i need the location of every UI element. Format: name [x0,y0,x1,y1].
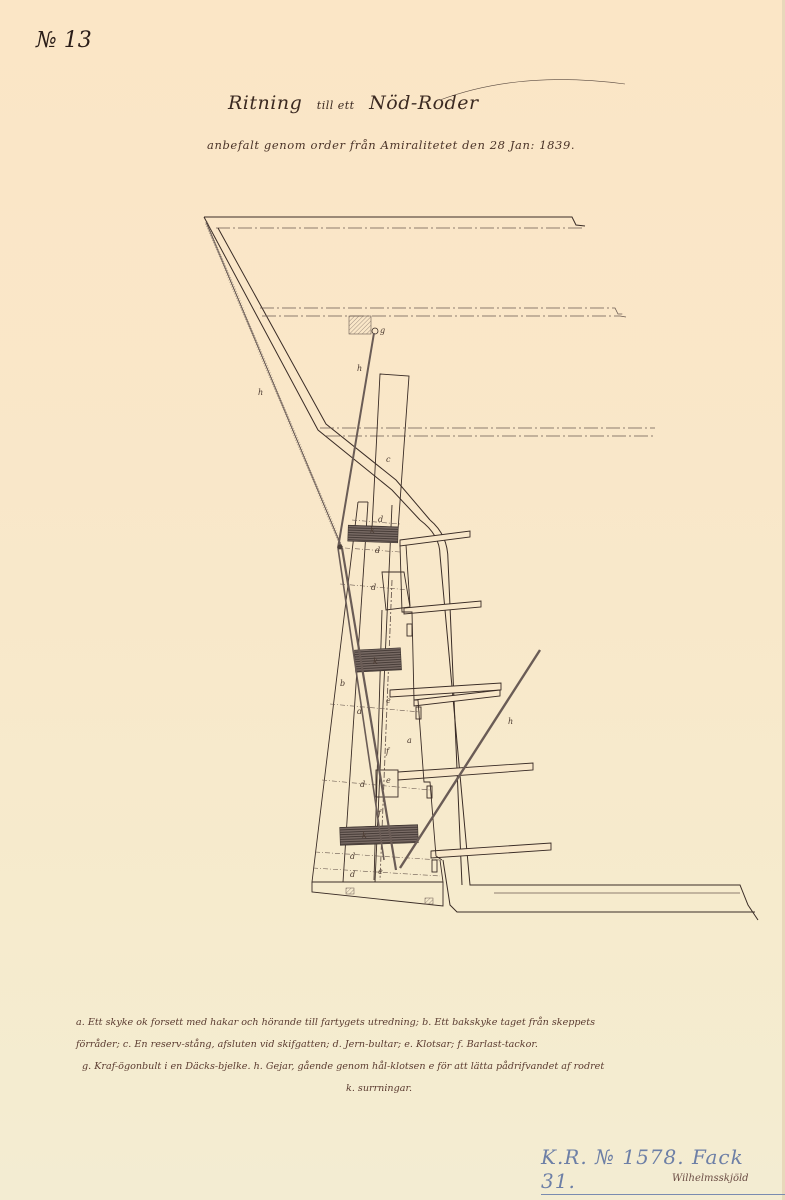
label-e-2: e [386,776,391,785]
signature: Wilhelmsskjöld [672,1173,749,1184]
legend-line-3: g. Kraf-ögonbult i en Däcks-bjelke. h. G… [76,1056,785,1078]
rope-h-right [400,650,540,868]
label-d-1: d [378,515,383,524]
legend-line-4: k. surrningar. [76,1078,785,1100]
label-k-3: k [362,831,367,840]
label-d-7: d [350,870,355,879]
legend-line-1: a. Ett skyke ok forsett med hakar och hö… [76,1012,785,1034]
stern-outline [204,217,758,920]
label-d-2: d [375,546,380,555]
label-b: b [340,679,345,688]
label-a: a [407,736,412,745]
iron-bolts-d [313,520,440,876]
label-d-3: d [371,583,376,592]
label-c: c [386,455,391,464]
label-h-1: h [258,388,263,397]
label-k-2: k [373,657,378,666]
legend-line-2: förråder; c. En reserv-stång, afsluten v… [76,1034,785,1056]
label-d-5: d [360,780,365,789]
label-h-3: h [508,717,513,726]
rope-crossing [338,545,343,550]
eyebolt-g [372,328,378,334]
label-g: g [380,326,385,335]
deck-beam [349,316,371,334]
legend-key: a. Ett skyke ok forsett med hakar och hö… [76,1012,785,1100]
label-k-1: k [370,526,375,535]
archive-reference: K.R. № 1578. Fack 31. [541,1145,785,1195]
label-h-2: h [357,364,362,373]
label-e-3: e [378,867,383,876]
label-d-6: d [350,852,355,861]
spare-spar-c [372,374,409,530]
hull-frames [390,531,551,872]
label-e-1: e [386,696,391,705]
label-d-4: d [357,707,362,716]
title-flourish [440,80,625,100]
label-f-1: f [385,747,391,756]
